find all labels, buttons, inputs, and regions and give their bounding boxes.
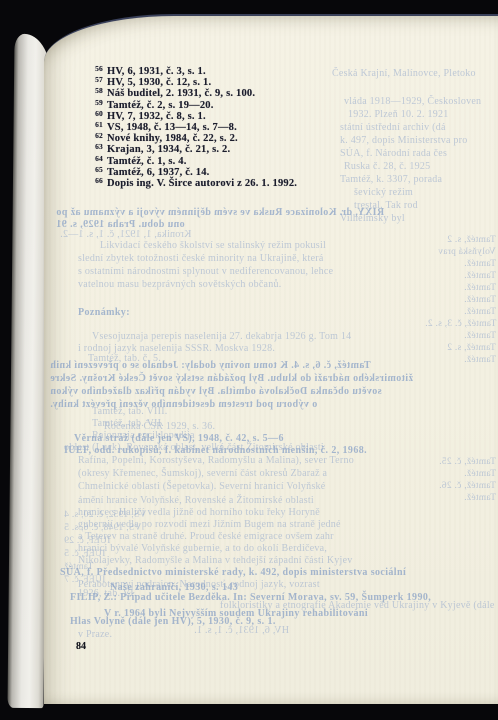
footnote-text: HV, 5, 1930, č. 12, s. 1. xyxy=(107,77,211,88)
bleedthrough-text-line: ámění hranice Volyňské, Rovenské a Žitom… xyxy=(78,495,314,506)
bleedthrough-text-line: Tamtéž, č. 26. xyxy=(439,481,496,491)
footnote-number: 58 xyxy=(88,85,103,96)
bleedthrough-text-line: Tamtéž, č. 6, s. 4. K tomu noviny dodaly… xyxy=(50,360,371,371)
footnote-item: 61VS, 1948, č. 13—14, s. 7—8. xyxy=(88,122,494,133)
bleedthrough-text-line: Tamtéž, č. 3, s. 2. xyxy=(425,319,496,329)
footnote-number: 61 xyxy=(88,119,103,130)
bleedthrough-text-line: Tamtéž, s. 2 xyxy=(447,343,496,353)
bleedthrough-text-line: Kronika, 1, 1921, č. 1, s. 1—2. xyxy=(60,229,191,240)
bleedthrough-text-line: IUEF, č. 29 xyxy=(64,536,110,546)
bleedthrough-text-line: Tamtéž. xyxy=(464,355,496,365)
bleedthrough-text-line: Tamtéž, č. 25. xyxy=(439,457,496,467)
bleedthrough-text-line: s ostatními národnostmi splynout v nedif… xyxy=(78,266,333,277)
bleedthrough-text-line: Tamtéž. xyxy=(464,331,496,341)
bleedthrough-text-line: Tamtéž. xyxy=(464,271,496,281)
footnote-item: 58Náš buditel, 2. 1931, č. 9, s. 100. xyxy=(88,88,494,99)
footnote-item: 63Krajan, 3, 1934, č. 21, s. 2. xyxy=(88,144,494,155)
bleedthrough-text-line: sovětu občanka Dočkalová odmítla. Byl vy… xyxy=(50,386,382,397)
bleedthrough-text-line: VS, 1948, č. 6, s. 5 xyxy=(64,523,141,533)
footnote-number: 63 xyxy=(88,141,103,152)
footnote-item: 62Nové knihy, 1984, č. 22, s. 2. xyxy=(88,133,494,144)
footnote-item: 66Dopis ing. V. Širce autorovi z 26. 1. … xyxy=(88,178,494,189)
bleedthrough-text-line: Nikolajevky, Radomyšle a Malina v tehdej… xyxy=(78,555,353,566)
bleedthrough-text-line: HV, 6, 1931, č. 1, s. 1. xyxy=(194,625,289,636)
bleedthrough-text-line: Rafína, Popelni, Korostyševa, Radomyšlu … xyxy=(78,455,354,466)
bleedthrough-text-line: Chmelnické oblasti (Šepetovka). Severní … xyxy=(78,481,325,492)
footnote-list: 56HV, 6, 1931, č. 3, s. 1.57HV, 5, 1930,… xyxy=(44,66,494,189)
footnote-text: Tamtéž, č. 2, s. 19—20. xyxy=(107,100,214,111)
footnote-text: Tamtéž, 6, 1937, č. 14. xyxy=(107,167,210,178)
footnote-item: 57HV, 5, 1930, č. 12, s. 1. xyxy=(88,77,494,88)
bleedthrough-text-line: Tamtéž. xyxy=(464,307,496,317)
footnote-number: 62 xyxy=(88,130,103,141)
bleedthrough-text-line: (okresy Křemenec, Šumskoj), severní část… xyxy=(78,468,327,479)
bleedthrough-text-line: RIXY, dr. Kolonizace Ruska ve svém dějin… xyxy=(56,207,384,218)
footnote-text: HV, 7, 1932, č. 8, s. 1. xyxy=(107,111,206,122)
bleedthrough-text-line: Tamtéž. xyxy=(464,295,496,305)
footnote-text: Nové knihy, 1984, č. 22, s. 2. xyxy=(107,133,238,144)
footnote-text: Náš buditel, 2. 1931, č. 9, s. 100. xyxy=(107,88,255,99)
footnote-item: 60HV, 7, 1932, č. 8, s. 1. xyxy=(88,111,494,122)
footnote-text: HV, 6, 1931, č. 3, s. 1. xyxy=(107,66,206,77)
footnote-number: 64 xyxy=(88,153,103,164)
scanned-book-page: Česká Krajní, Malínovce, Pletokovláda 19… xyxy=(44,14,498,704)
bleedthrough-text-line: v Praze. xyxy=(78,629,112,640)
footnote-item: 64Tamtéž, č. 1, s. 4. xyxy=(88,156,494,167)
bleedthrough-text-line: žitomirského nádraží do klubu. Byl požád… xyxy=(50,373,413,384)
footnote-item: 65Tamtéž, 6, 1937, č. 14. xyxy=(88,167,494,178)
footnote-number: 60 xyxy=(88,108,103,119)
bleedthrough-text-line: Tamtéž. xyxy=(464,493,496,503)
bleedthrough-text-line: hranici bývalé Volyňské gubernie, a to d… xyxy=(78,543,327,554)
bleedthrough-text-line: Likvidací českého školství se stalinský … xyxy=(100,240,326,251)
footnote-text: Dopis ing. V. Širce autorovi z 26. 1. 19… xyxy=(107,178,297,189)
bleedthrough-text-line: SÚA, f. Předsednictvo ministerské rady, … xyxy=(60,567,406,578)
footnote-text: Tamtéž, č. 1, s. 4. xyxy=(107,156,187,167)
page-number: 84 xyxy=(76,641,86,652)
bleedthrough-text-line: oblast (Luck), Rovenská oblast, velká čá… xyxy=(64,442,324,453)
footnote-number: 65 xyxy=(88,164,103,175)
footnote-number: 59 xyxy=(88,97,103,108)
bleedthrough-text-line: Tamtéž, tab. VIII. xyxy=(92,406,168,417)
footnote-item: 56HV, 6, 1931, č. 3, s. 1. xyxy=(88,66,494,77)
footnote-number: 66 xyxy=(88,175,103,186)
bleedthrough-text-line: VS, 1952, č. 20, s. 4 xyxy=(64,510,146,520)
bleedthrough-text-line: Tamtéž. xyxy=(464,283,496,293)
footnote-text: VS, 1948, č. 13—14, s. 7—8. xyxy=(107,122,237,133)
bleedthrough-text-line: vatelnou masu bezprávných sovětských obč… xyxy=(78,279,281,290)
bleedthrough-text-line: o výboru pod trestem desetidenního vězen… xyxy=(50,399,317,410)
footnote-number: 56 xyxy=(88,63,103,74)
bleedthrough-text-line: Volyňská prav xyxy=(438,247,496,257)
bleedthrough-text-line: Tamtéž, s. 2 xyxy=(447,235,496,245)
footnote-item: 59Tamtéž, č. 2, s. 19—20. xyxy=(88,100,494,111)
bleedthrough-text-line: Poznámky: xyxy=(78,307,130,318)
bleedthrough-text-line: Tamtéž. xyxy=(464,469,496,479)
footnote-text: Krajan, 3, 1934, č. 21, s. 2. xyxy=(107,144,230,155)
footnote-number: 57 xyxy=(88,74,103,85)
bleedthrough-text-line: IUEF, č. 5 xyxy=(64,549,105,559)
bleedthrough-text-line: Vsesojuznaja perepis naselenija 27. deka… xyxy=(92,331,351,342)
bleedthrough-text-line: Tamtéž. xyxy=(464,259,496,269)
bleedthrough-text-line: slední zbytek totožnosti české minority … xyxy=(78,253,324,264)
